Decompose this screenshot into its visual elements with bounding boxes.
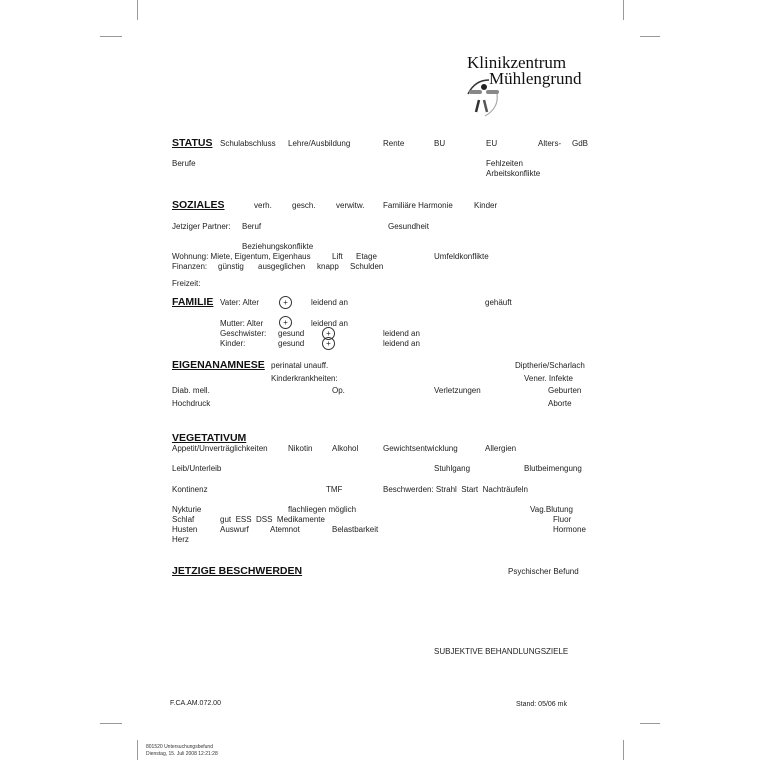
beschwerden-label: Beschwerden: Strahl Start Nachträufeln: [383, 486, 528, 494]
vegetativum-field: Nikotin: [288, 445, 312, 453]
status-heading: STATUS: [172, 138, 212, 149]
atemnot-label: Atemnot: [270, 526, 300, 534]
crop-mark: [640, 723, 660, 724]
crop-mark: [137, 740, 138, 760]
crop-mark: [137, 0, 138, 20]
arbeitskonflikte-label: Arbeitskonflikte: [486, 170, 540, 178]
leidend-label: leidend an: [383, 340, 420, 348]
ziele-label: SUBJEKTIVE BEHANDLUNGSZIELE: [434, 648, 568, 656]
psychisch-label: Psychischer Befund: [508, 568, 579, 576]
aborte-label: Aborte: [548, 400, 572, 408]
crop-mark: [640, 36, 660, 37]
status-field: Lehre/Ausbildung: [288, 140, 350, 148]
gesund-label: gesund: [278, 330, 304, 338]
status-field: Alters-: [538, 140, 561, 148]
logo-figure-icon: [463, 72, 523, 117]
form-code: F.CA.AM.072.00: [170, 700, 221, 707]
vater-label: Vater: Alter: [220, 299, 259, 307]
soziales-field: gesch.: [292, 202, 316, 210]
belastbarkeit-label: Belastbarkeit: [332, 526, 378, 534]
kinder-label: Kinder:: [220, 340, 245, 348]
vegetativum-field: Gewichtsentwicklung: [383, 445, 458, 453]
mutter-label: Mutter: Alter: [220, 320, 263, 328]
diptherie-label: Diptherie/Scharlach: [515, 362, 585, 370]
blut-label: Blutbeimengung: [524, 465, 582, 473]
soziales-field: verh.: [254, 202, 272, 210]
berufe-label: Berufe: [172, 160, 196, 168]
kontinenz-label: Kontinenz: [172, 486, 208, 494]
etage-label: Etage: [356, 253, 377, 261]
kinderkrankheiten-label: Kinderkrankheiten:: [271, 375, 338, 383]
gesund-label: gesund: [278, 340, 304, 348]
diab-label: Diab. mell.: [172, 387, 210, 395]
crop-mark: [623, 740, 624, 760]
lift-label: Lift: [332, 253, 343, 261]
beziehungskonflikte-label: Beziehungskonflikte: [242, 243, 313, 251]
status-field: EU: [486, 140, 497, 148]
schlaf-label: Schlaf: [172, 516, 194, 524]
perinatal-label: perinatal unauff.: [271, 362, 328, 370]
leidend-label: leidend an: [383, 330, 420, 338]
finanzen-label: Finanzen:: [172, 263, 207, 271]
fehlzeiten-label: Fehlzeiten: [486, 160, 523, 168]
vegetativum-field: Allergien: [485, 445, 516, 453]
stuhlgang-label: Stuhlgang: [434, 465, 470, 473]
finanzen-option: günstig: [218, 263, 244, 271]
soziales-field: Kinder: [474, 202, 497, 210]
partner-label: Jetziger Partner:: [172, 223, 231, 231]
verletzungen-label: Verletzungen: [434, 387, 481, 395]
crop-mark: [100, 723, 122, 724]
print-info-line1: 801520 Untersuchungsbefund: [146, 744, 213, 750]
gehaeuft-label: gehäuft: [485, 299, 512, 307]
geschwister-label: Geschwister:: [220, 330, 266, 338]
herz-label: Herz: [172, 536, 189, 544]
eigenanamnese-heading: EIGENANAMNESE: [172, 360, 265, 371]
flachliegen-label: flachliegen möglich: [288, 506, 356, 514]
vegetativum-field: Alkohol: [332, 445, 358, 453]
husten-label: Husten: [172, 526, 197, 534]
auswurf-label: Auswurf: [220, 526, 249, 534]
fluor-label: Fluor: [553, 516, 571, 524]
status-field: BU: [434, 140, 445, 148]
stand-label: Stand: 05/06 mk: [516, 701, 567, 708]
crop-mark: [623, 0, 624, 20]
finanzen-option: knapp: [317, 263, 339, 271]
death-cross-icon: +: [322, 337, 335, 350]
finanzen-option: ausgeglichen: [258, 263, 305, 271]
wohnung-label: Wohnung: Miete, Eigentum, Eigenhaus: [172, 253, 311, 261]
freizeit-label: Freizeit:: [172, 280, 200, 288]
familie-heading: FAMILIE: [172, 297, 213, 308]
beruf-label: Beruf: [242, 223, 261, 231]
soziales-field: verwitw.: [336, 202, 364, 210]
geburten-label: Geburten: [548, 387, 581, 395]
vegetativum-heading: VEGETATIVUM: [172, 433, 246, 444]
hormone-label: Hormone: [553, 526, 586, 534]
status-field: GdB: [572, 140, 588, 148]
jetzige-heading: JETZIGE BESCHWERDEN: [172, 566, 302, 577]
umfeldkonflikte-label: Umfeldkonflikte: [434, 253, 489, 261]
status-field: Rente: [383, 140, 404, 148]
nykturie-label: Nykturie: [172, 506, 201, 514]
hochdruck-label: Hochdruck: [172, 400, 210, 408]
op-label: Op.: [332, 387, 345, 395]
leidend-label: leidend an: [311, 299, 348, 307]
tmf-label: TMF: [326, 486, 342, 494]
vegetativum-field: Appetit/Unverträglichkeiten: [172, 445, 268, 453]
finanzen-option: Schulden: [350, 263, 383, 271]
print-info-line2: Dienstag, 15. Juli 2008 12:21:28: [146, 751, 218, 757]
schlaf-options: gut ESS DSS Medikamente: [220, 516, 325, 524]
vener-label: Vener. Infekte: [524, 375, 573, 383]
death-cross-icon: +: [279, 296, 292, 309]
death-cross-icon: +: [279, 316, 292, 329]
vag-label: Vag.Blutung: [530, 506, 573, 514]
crop-mark: [100, 36, 122, 37]
gesundheit-label: Gesundheit: [388, 223, 429, 231]
soziales-heading: SOZIALES: [172, 200, 225, 211]
status-field: Schulabschluss: [220, 140, 276, 148]
leib-label: Leib/Unterleib: [172, 465, 221, 473]
soziales-field: Familiäre Harmonie: [383, 202, 453, 210]
